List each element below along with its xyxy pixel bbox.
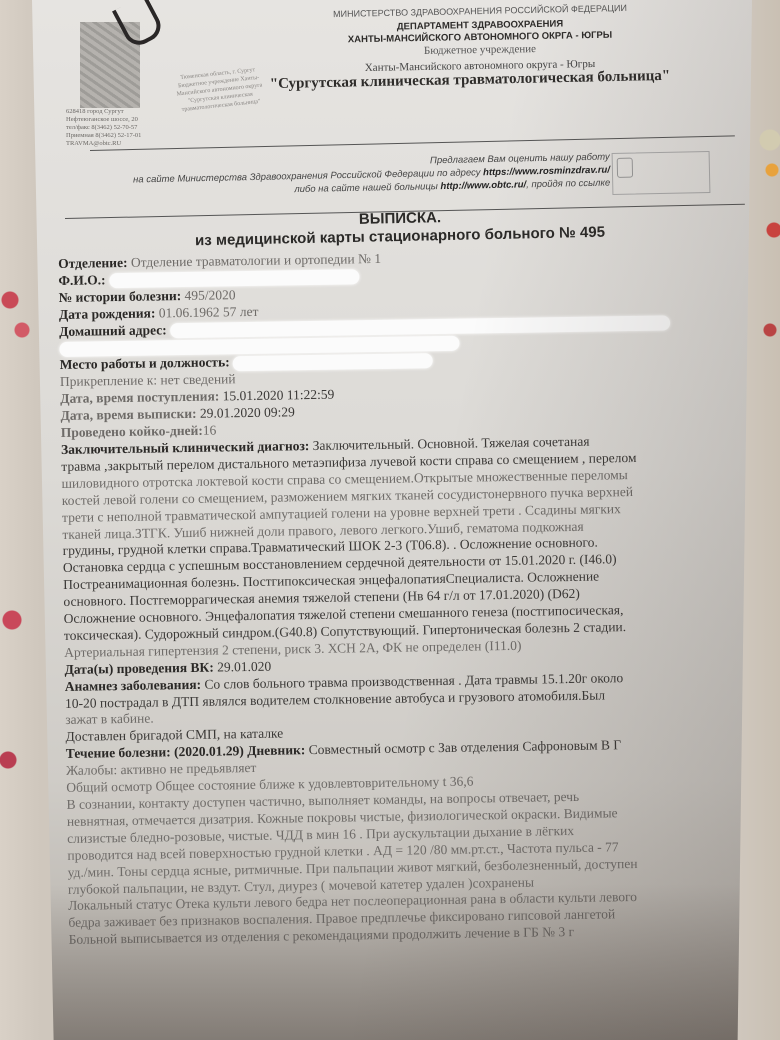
emblem-icon xyxy=(617,158,633,178)
document-body: Отделение: Отделение травматологии и орт… xyxy=(58,245,759,949)
redaction-mark xyxy=(109,270,359,289)
hospital-link[interactable]: http://www.obtc.ru/ xyxy=(440,179,526,192)
minzdrav-badge xyxy=(612,151,711,195)
redaction-mark xyxy=(233,353,433,371)
hospital-address: 628418 город Сургут Нефтеюганское шоссе,… xyxy=(66,108,141,148)
